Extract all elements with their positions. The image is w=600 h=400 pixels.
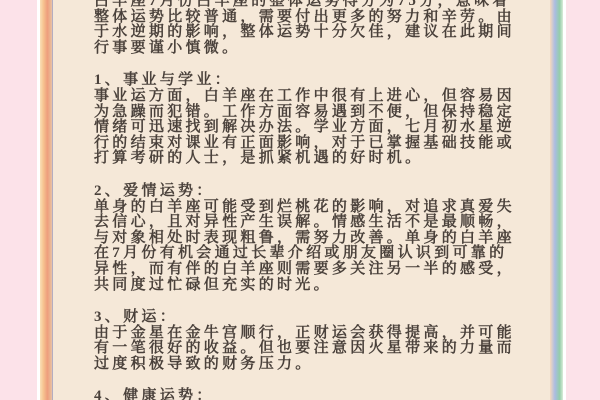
text-line: 整体运势比较普通，需要付出更多的努力和辛劳。由 <box>94 10 530 26</box>
section-heading: 4、健康运势： <box>94 389 530 400</box>
text-line: 行的结束对课业有正面影响，对于已掌握基础技能或 <box>94 136 530 152</box>
text-line: 由于金星在金牛宫顺行，正财运会获得提高，并可能 <box>94 326 530 342</box>
text-line: 有一笔很好的收益。但也要注意因火星带来的力量而 <box>94 341 530 357</box>
text-line: 行事要谨小慎微。 <box>94 41 530 57</box>
article-section: 2、爱情运势：单身的白羊座可能受到烂桃花的影响，对追求真爱失去信心，且对异性产生… <box>94 184 530 293</box>
page-background: { "article": { "sections": [ { "heading"… <box>0 0 600 400</box>
section-heading: 1、事业与学业： <box>94 73 530 89</box>
text-line: 情绪可迅速找到解决办法。学业方面，七月初水星逆 <box>94 120 530 136</box>
article-card: 白羊座7月份白羊座的整体运势得分为75分，意味着整体运势比较普通，需要付出更多的… <box>37 0 566 400</box>
text-line: 与对象相处时表现粗鲁，需努力改善。单身的白羊座 <box>94 231 530 247</box>
article-section: 1、事业与学业：事业运方面，白羊座在工作中很有上进心，但容易因为急躁而犯错。工作… <box>94 73 530 167</box>
text-line: 过度积极导致的财务压力。 <box>94 357 530 373</box>
section-heading: 2、爱情运势： <box>94 184 530 200</box>
text-line: 单身的白羊座可能受到烂桃花的影响，对追求真爱失 <box>94 200 530 216</box>
right-rainbow-border <box>550 0 563 400</box>
text-line: 异性，而有伴的白羊座则需要多关注另一半的感受， <box>94 262 530 278</box>
text-line: 于水逆期的影响，整体运势十分欠佳，建议在此期间 <box>94 25 530 41</box>
text-line: 共同度过忙碌但充实的时光。 <box>94 278 530 294</box>
text-line: 事业运方面，白羊座在工作中很有上进心，但容易因 <box>94 89 530 105</box>
article-text: 白羊座7月份白羊座的整体运势得分为75分，意味着整体运势比较普通，需要付出更多的… <box>94 0 530 400</box>
article-section: 3、财运：由于金星在金牛宫顺行，正财运会获得提高，并可能有一笔很好的收益。但也要… <box>94 310 530 372</box>
text-line: 在7月份有机会通过长辈介绍或朋友圈认识到可靠的 <box>94 246 530 262</box>
text-line: 去信心，且对异性产生误解。情感生活不是最顺畅， <box>94 215 530 231</box>
text-line: 为急躁而犯错。工作方面容易遇到不便，但保持稳定 <box>94 105 530 121</box>
article-content: 白羊座7月份白羊座的整体运势得分为75分，意味着整体运势比较普通，需要付出更多的… <box>53 0 550 400</box>
section-heading: 3、财运： <box>94 310 530 326</box>
left-rainbow-border <box>40 0 53 400</box>
article-section: 4、健康运势： <box>94 389 530 400</box>
text-line: 打算考研的人士，是抓紧机遇的好时机。 <box>94 151 530 167</box>
article-section: 白羊座7月份白羊座的整体运势得分为75分，意味着整体运势比较普通，需要付出更多的… <box>94 0 530 56</box>
